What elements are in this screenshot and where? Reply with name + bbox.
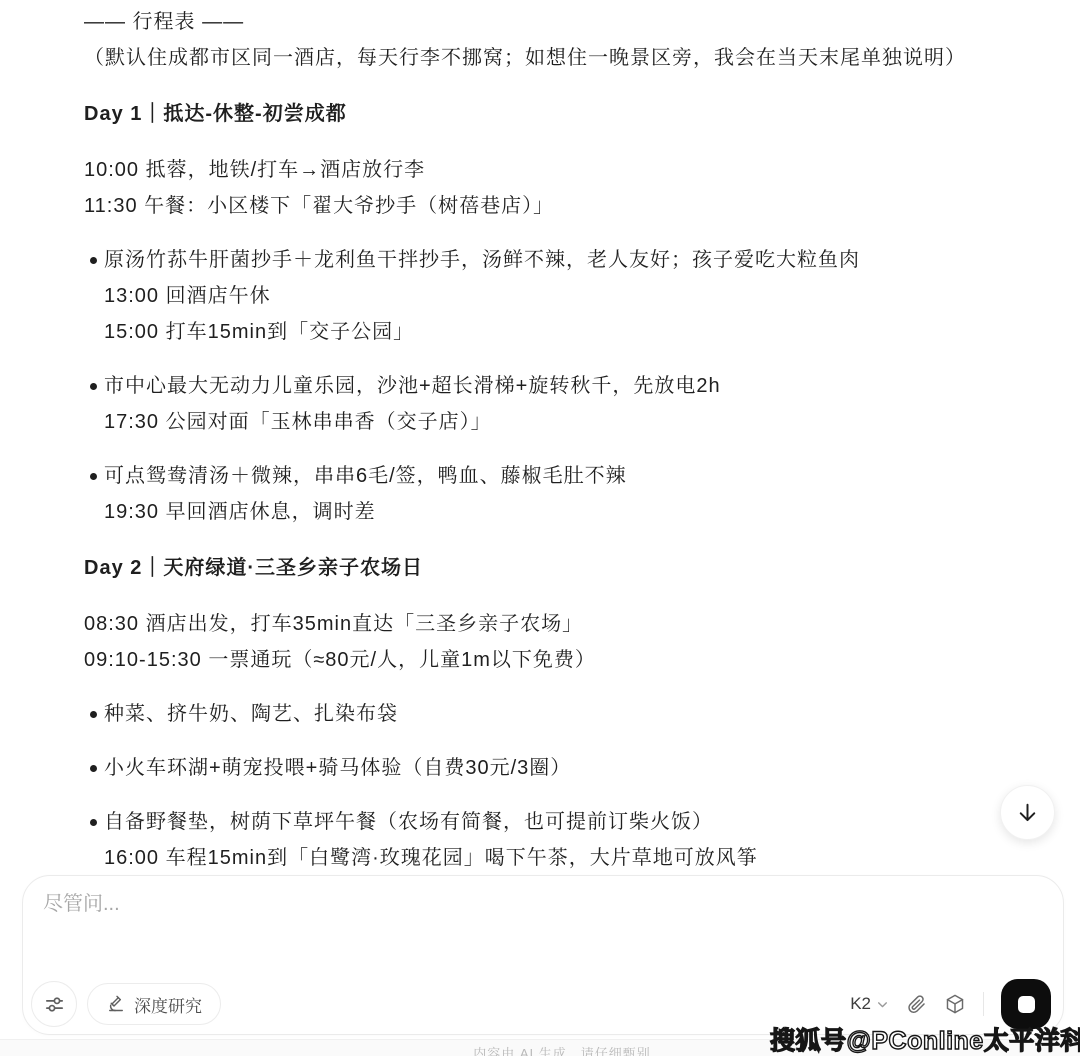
text-line: 市中心最大无动力儿童乐园，沙池+超长滑梯+旋转秋千，先放电2h [104, 368, 1024, 404]
day-heading: Day 1｜抵达-休整-初尝成都 [84, 96, 1024, 132]
model-label: K2 [850, 994, 871, 1014]
send-stop-button[interactable] [1001, 979, 1051, 1029]
text-lines: 种菜、挤牛奶、陶艺、扎染布袋 [104, 696, 1024, 732]
chat-input[interactable] [43, 890, 803, 960]
text-line: 16:00 车程15min到「白鹭湾·玫瑰花园」喝下午茶，大片草地可放风筝 [104, 840, 1024, 876]
bullet-item: 小火车环湖+萌宠投喂+骑马体验（自费30元/3圈） [84, 750, 1024, 786]
toolbar-divider [983, 992, 984, 1016]
bullet-item: 自备野餐垫，树荫下草坪午餐（农场有简餐，也可提前订柴火饭）16:00 车程15m… [84, 804, 1024, 876]
text-line: 原汤竹荪牛肝菌抄手＋龙利鱼干拌抄手，汤鲜不辣，老人友好；孩子爱吃大粒鱼肉 [104, 242, 1024, 278]
text-line: 08:30 酒店出发，打车35min直达「三圣乡亲子农场」 [84, 606, 1024, 642]
bullet-dot [90, 383, 97, 390]
text-line: 11:30 午餐：小区楼下「翟大爷抄手（树蓓巷店）」 [84, 188, 1024, 224]
bullet-item: 可点鸳鸯清汤＋微辣，串串6毛/签，鸭血、藤椒毛肚不辣19:30 早回酒店休息，调… [84, 458, 1024, 530]
text-lines: 自备野餐垫，树荫下草坪午餐（农场有简餐，也可提前订柴火饭）16:00 车程15m… [104, 804, 1024, 876]
sliders-icon [43, 993, 66, 1016]
bullet-item: 原汤竹荪牛肝菌抄手＋龙利鱼干拌抄手，汤鲜不辣，老人友好；孩子爱吃大粒鱼肉13:0… [84, 242, 1024, 350]
text-lines: 10:00 抵蓉，地铁/打车→酒店放行李11:30 午餐：小区楼下「翟大爷抄手（… [84, 152, 1024, 224]
text-lines: 市中心最大无动力儿童乐园，沙池+超长滑梯+旋转秋千，先放电2h17:30 公园对… [104, 368, 1024, 440]
microscope-icon [106, 994, 126, 1014]
ai-disclaimer: 内容由 AI 生成，请仔细甄别 [0, 1045, 1080, 1056]
assistant-message: —— 行程表 —— （默认住成都市区同一酒店，每天行李不挪窝；如想住一晚景区旁，… [84, 4, 1024, 876]
paperclip-icon [906, 994, 927, 1015]
chat-page: —— 行程表 —— （默认住成都市区同一酒店，每天行李不挪窝；如想住一晚景区旁，… [0, 0, 1080, 1056]
deep-research-button[interactable]: 深度研究 [87, 983, 221, 1025]
composer-toolbar: 深度研究 K2 [31, 980, 1051, 1028]
chat-input-card: 深度研究 K2 [22, 875, 1064, 1035]
text-line: 19:30 早回酒店休息，调时差 [104, 494, 1024, 530]
bullet-dot [90, 257, 97, 264]
model-selector[interactable]: K2 [850, 994, 889, 1014]
settings-button[interactable] [31, 981, 77, 1027]
plugin-cube-button[interactable] [944, 993, 966, 1015]
scroll-to-bottom-button[interactable] [1000, 785, 1055, 840]
attach-file-button[interactable] [906, 994, 927, 1015]
text-lines: 08:30 酒店出发，打车35min直达「三圣乡亲子农场」09:10-15:30… [84, 606, 1024, 678]
stop-square-icon [1018, 996, 1035, 1013]
bullet-dot [90, 765, 97, 772]
text-lines: 原汤竹荪牛肝菌抄手＋龙利鱼干拌抄手，汤鲜不辣，老人友好；孩子爱吃大粒鱼肉13:0… [104, 242, 1024, 350]
itinerary-note: （默认住成都市区同一酒店，每天行李不挪窝；如想住一晚景区旁，我会在当天末尾单独说… [84, 40, 1024, 76]
text-line: 17:30 公园对面「玉林串串香（交子店）」 [104, 404, 1024, 440]
schedule-lines: 08:30 酒店出发，打车35min直达「三圣乡亲子农场」09:10-15:30… [84, 606, 1024, 678]
composer-tools-right: K2 [850, 979, 1051, 1029]
text-line: 10:00 抵蓉，地铁/打车→酒店放行李 [84, 152, 1024, 188]
bullet-item: 市中心最大无动力儿童乐园，沙池+超长滑梯+旋转秋千，先放电2h17:30 公园对… [84, 368, 1024, 440]
bullet-dot [90, 819, 97, 826]
arrow-down-icon [1015, 800, 1040, 825]
text-line: 15:00 打车15min到「交子公园」 [104, 314, 1024, 350]
day-heading: Day 2｜天府绿道·三圣乡亲子农场日 [84, 550, 1024, 586]
deep-research-label: 深度研究 [134, 992, 202, 1017]
cube-icon [944, 993, 966, 1015]
composer-tools-left: 深度研究 [31, 981, 221, 1027]
bullet-dot [90, 473, 97, 480]
text-line: 13:00 回酒店午休 [104, 278, 1024, 314]
bullet-item: 种菜、挤牛奶、陶艺、扎染布袋 [84, 696, 1024, 732]
text-lines: 小火车环湖+萌宠投喂+骑马体验（自费30元/3圈） [104, 750, 1024, 786]
text-line: 09:10-15:30 一票通玩（≈80元/人，儿童1m以下免费） [84, 642, 1024, 678]
text-line: 种菜、挤牛奶、陶艺、扎染布袋 [104, 696, 1024, 732]
bullet-dot [90, 711, 97, 718]
itinerary-title: —— 行程表 —— [84, 4, 1024, 40]
text-line: 自备野餐垫，树荫下草坪午餐（农场有简餐，也可提前订柴火饭） [104, 804, 1024, 840]
itinerary-days: Day 1｜抵达-休整-初尝成都10:00 抵蓉，地铁/打车→酒店放行李11:3… [84, 96, 1024, 876]
text-line: 可点鸳鸯清汤＋微辣，串串6毛/签，鸭血、藤椒毛肚不辣 [104, 458, 1024, 494]
schedule-lines: 10:00 抵蓉，地铁/打车→酒店放行李11:30 午餐：小区楼下「翟大爷抄手（… [84, 152, 1024, 224]
chevron-down-icon [876, 998, 889, 1011]
text-line: 小火车环湖+萌宠投喂+骑马体验（自费30元/3圈） [104, 750, 1024, 786]
text-lines: 可点鸳鸯清汤＋微辣，串串6毛/签，鸭血、藤椒毛肚不辣19:30 早回酒店休息，调… [104, 458, 1024, 530]
